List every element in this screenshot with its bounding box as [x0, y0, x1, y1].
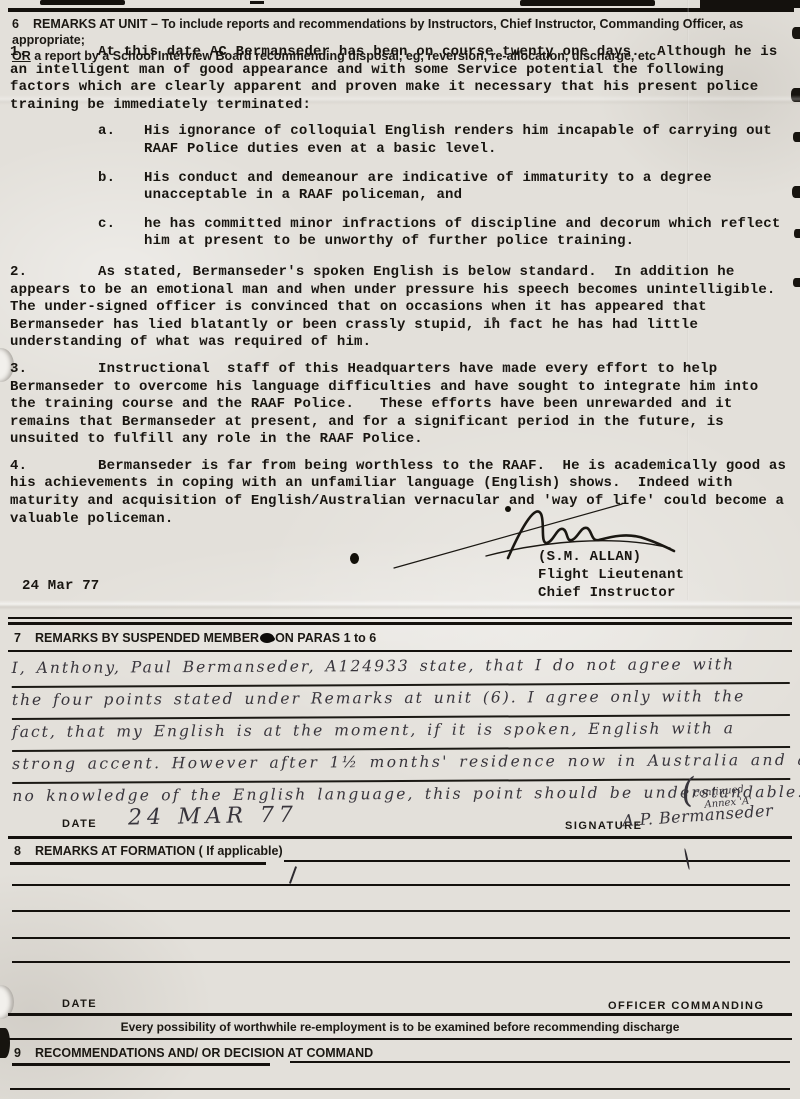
reemployment-note: Every possibility of worthwhile re-emplo…	[0, 1020, 800, 1034]
remarks-at-unit-body: 1. At this date AC Bermanseder has been …	[10, 44, 792, 537]
ink-blot	[260, 633, 274, 643]
list-item-a: a. His ignorance of colloquial English r…	[98, 123, 792, 158]
list-item-c-letter: c.	[98, 216, 115, 234]
scanned-raaf-form-page: { "colors": {"paper": "#e3e0da", "ink": …	[0, 0, 800, 1099]
scan-smudge	[700, 0, 800, 8]
section9-underline-b	[290, 1061, 790, 1063]
section6-number: 6	[12, 16, 19, 32]
section8-title: REMARKS AT FORMATION ( If applicable)	[35, 844, 283, 858]
section7-number: 7	[14, 631, 21, 645]
ruled-line	[12, 884, 790, 886]
pen-stroke	[289, 866, 297, 884]
list-item-b-text: His conduct and demeanour are indicative…	[144, 170, 792, 205]
section9-header: 9RECOMMENDATIONS AND/ OR DECISION AT COM…	[14, 1046, 373, 1060]
scan-edge-mark	[794, 229, 800, 238]
ink-dot	[350, 553, 359, 564]
handwritten-line: I, Anthony, Paul Bermanseder, A124933 st…	[12, 652, 790, 688]
signer-name: (S.M. ALLAN)	[538, 549, 641, 565]
scan-smudge	[40, 0, 125, 5]
section7-top-border	[8, 617, 792, 619]
suspended-member-remarks: I, Anthony, Paul Bermanseder, A124933 st…	[12, 652, 791, 814]
list-item-b-letter: b.	[98, 170, 115, 188]
list-item-c-text: he has committed minor infractions of di…	[144, 216, 792, 251]
signature-block: (S.M. ALLAN) Flight Lieutenant Chief Ins…	[538, 548, 684, 602]
ruled-line	[12, 910, 790, 912]
scan-smudge	[250, 1, 264, 4]
paragraph-2: 2. As stated, Bermanseder's spoken Engli…	[10, 264, 792, 352]
ruled-line	[10, 1088, 790, 1090]
paragraph-3-text: Instructional staff of this Headquarters…	[10, 361, 792, 449]
paren-mark: (	[681, 784, 695, 797]
section7-date-value: 24 MAR 77	[128, 803, 298, 831]
scan-edge-mark	[793, 132, 800, 142]
officer-commanding-label: OFFICER COMMANDING	[608, 1000, 765, 1012]
paragraph-3: 3. Instructional staff of this Headquart…	[10, 361, 792, 449]
list-item-a-text: His ignorance of colloquial English rend…	[144, 123, 792, 158]
signer-title: Chief Instructor	[538, 585, 676, 601]
ruled-line	[12, 937, 790, 939]
section9-number: 9	[14, 1046, 21, 1060]
unit-date: 24 Mar 77	[22, 578, 99, 596]
list-item-c: c. he has committed minor infractions of…	[98, 216, 792, 251]
section8-bottom-border	[8, 1013, 792, 1016]
section8-underline-b	[284, 860, 790, 862]
section7-header: 7REMARKS BY SUSPENDED MEMBERON PARAS 1 t…	[14, 631, 376, 645]
ruled-line	[12, 961, 790, 963]
handwritten-line: the four points stated under Remarks at …	[12, 684, 790, 720]
section7-title-suffix: ON PARAS 1 to 6	[275, 631, 376, 645]
section7-date-label: DATE	[62, 818, 97, 830]
list-item-a-letter: a.	[98, 123, 115, 141]
handwritten-line: strong accent. However after 1½ months' …	[12, 748, 790, 784]
section8-underline-a	[10, 862, 266, 865]
section7-title: REMARKS BY SUSPENDED MEMBER	[35, 631, 259, 645]
form-top-border	[8, 8, 794, 12]
scan-edge-mark	[792, 186, 800, 198]
paragraph-4-number: 4.	[10, 458, 27, 476]
note-bottom-border	[8, 1038, 792, 1040]
section9-title: RECOMMENDATIONS AND/ OR DECISION AT COMM…	[35, 1046, 373, 1060]
list-item-b: b. His conduct and demeanour are indicat…	[98, 170, 792, 205]
paragraph-1-number: 1.	[10, 44, 27, 62]
paragraph-3-number: 3.	[10, 361, 27, 379]
handwritten-line: fact, that my English is at the moment, …	[12, 716, 790, 752]
scan-smudge	[520, 0, 655, 6]
section9-underline-a	[12, 1063, 270, 1066]
section7-top-border2	[8, 622, 792, 625]
paragraph-1-text: At this date AC Bermanseder has been on …	[10, 44, 792, 114]
section8-date-label: DATE	[62, 998, 97, 1010]
signer-rank: Flight Lieutenant	[538, 567, 684, 583]
section7-bottom-border	[8, 836, 792, 839]
section8-header: 8REMARKS AT FORMATION ( If applicable)	[14, 844, 283, 858]
section6-title: REMARKS AT UNIT	[33, 17, 148, 31]
scan-edge-mark	[792, 27, 800, 39]
pen-stroke	[684, 848, 691, 870]
paragraph-2-text: As stated, Bermanseder's spoken English …	[10, 264, 792, 352]
paragraph-2-number: 2.	[10, 264, 27, 282]
section8-number: 8	[14, 844, 21, 858]
paragraph-1: 1. At this date AC Bermanseder has been …	[10, 44, 792, 114]
scan-edge-mark	[793, 278, 800, 287]
